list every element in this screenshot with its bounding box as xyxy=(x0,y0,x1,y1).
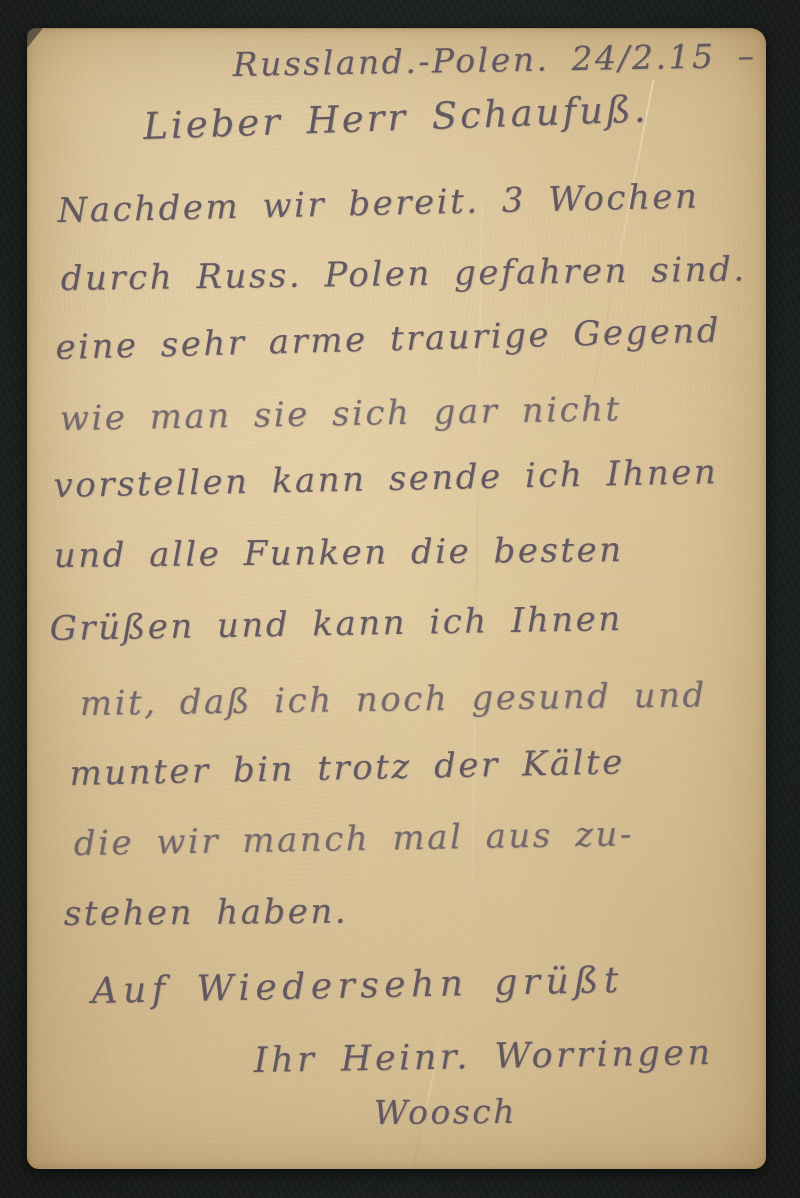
body-line-10: die wir manch mal aus zu- xyxy=(73,814,634,864)
signature-line: Ihr Heinr. Worringen xyxy=(253,1033,713,1081)
body-line-11: stehen haben. xyxy=(64,892,349,934)
body-line-1: Nachdem wir bereit. 3 Wochen xyxy=(57,176,700,231)
body-line-9: munter bin trotz der Kälte xyxy=(69,742,625,794)
body-line-3: eine sehr arme traurige Gegend xyxy=(55,311,722,368)
corner-wear-mark xyxy=(27,28,43,48)
body-line-2: durch Russ. Polen gefahren sind. xyxy=(60,249,746,299)
body-line-5: vorstellen kann sende ich Ihnen xyxy=(53,452,718,506)
body-line-7: Grüßen und kann ich Ihnen xyxy=(49,599,623,649)
body-line-8: mit, daß ich noch gesund und xyxy=(79,675,706,724)
body-line-4: wie man sie sich gar nicht xyxy=(59,389,622,439)
closing-line: Auf Wiedersehn grüßt xyxy=(91,960,624,1012)
signature-note: Woosch xyxy=(374,1092,517,1132)
body-line-6: und alle Funken die besten xyxy=(54,530,624,576)
dateline: Russland.-Polen. 24/2.15 – xyxy=(232,36,756,84)
photo-background: Russland.-Polen. 24/2.15 – Lieber Herr S… xyxy=(0,0,800,1198)
postcard: Russland.-Polen. 24/2.15 – Lieber Herr S… xyxy=(27,28,766,1169)
salutation: Lieber Herr Schaufuß. xyxy=(142,87,649,148)
